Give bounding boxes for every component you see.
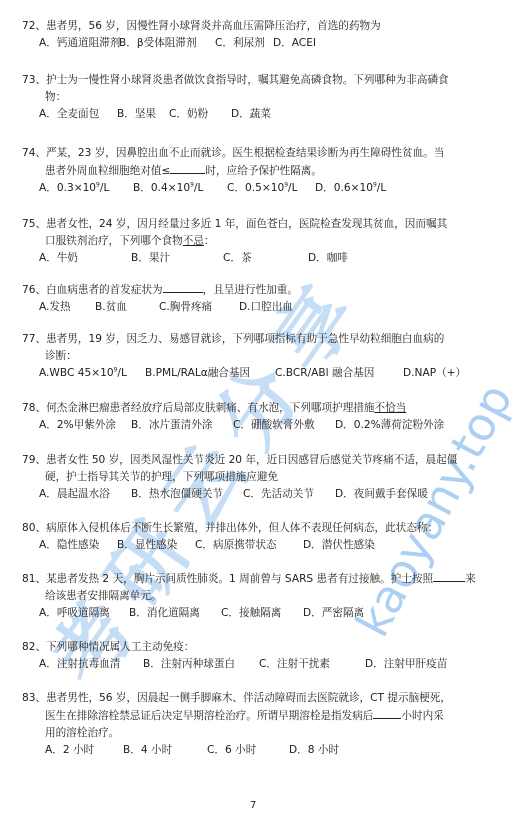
punctuation: ： [204,235,215,247]
options: A．2 小时B．4 小时C．6 小时D．8 小时 [22,742,492,759]
options: A.发热B.贫血C.胸骨疼痛D.口腔出血 [22,299,492,316]
question-stem-cont: 用的溶栓治疗。 [22,725,492,742]
option-d: D．咖啡 [308,250,348,267]
option-d: D．ACEI [273,35,316,52]
question-stem-cont: 硬，护士指导其关节的护理，下列哪项措施应避免 [22,469,492,486]
question-number: 82、 [22,641,46,653]
question-83: 83、患者男性，56 岁，因晨起一侧手脚麻木、伴活动障碍而去医院就诊，CT 提示… [22,690,492,759]
option-a: A．注射抗毒血清 [39,656,143,673]
option-d: D.NAP（+） [403,365,466,382]
question-number: 83、 [22,692,46,704]
underlined-keyword: 不忌 [183,235,204,247]
option-b: B．显性感染 [117,537,195,554]
question-77: 77、患者男，19 岁，因乏力、易感冒就诊，下列哪项指标有助于急性早幼粒细胞白血… [22,331,492,382]
question-stem: 患者女性，24 岁，因月经量过多近 1 年，面色苍白，医院检查发现其贫血，因而嘱… [46,218,447,230]
question-stem-cont: 小时内采 [401,710,443,722]
question-number: 73、 [22,74,46,86]
option-b: B．注射丙种球蛋白 [143,656,259,673]
option-a: A．隐性感染 [39,537,117,554]
question-stem: 患者男，56 岁，因慢性肾小球肾炎并高血压需降压治疗，首选的药物为 [46,20,381,32]
question-74: 74、严某，23 岁，因鼻腔出血不止而就诊。医生根据检查结果诊断为再生障碍性贫血… [22,145,492,197]
question-stem-cont: 时，应给予保护性隔离。 [205,165,322,177]
options: A．牛奶B．果汁C．茶D．咖啡 [22,250,492,267]
options: A．全麦面包B．坚果C．奶粉D．蔬菜 [22,106,492,123]
question-number: 81、 [22,573,46,585]
option-b: B．消化道隔离 [129,605,221,622]
question-80: 80、病原体入侵机体后不断生长繁殖，并排出体外，但人体不表现任何病态，此状态称：… [22,520,492,554]
fill-blank [373,707,401,719]
question-number: 76、 [22,284,46,296]
question-number: 79、 [22,454,46,466]
question-stem: 某患者发热 2 天，胸片示间质性肺炎。1 周前曾与 SARS 患者有过接触。护士… [46,573,433,585]
option-c: C．0.5×109/L [227,180,315,197]
question-stem: 来 [465,573,476,585]
options: A．晨起温水浴B．热水泡僵硬关节C．先活动关节D．夜间戴手套保暖 [22,486,492,503]
option-a: A.发热 [39,299,95,316]
question-stem-cont: 物： [22,89,492,106]
option-d: D．注射甲肝疫苗 [365,656,447,673]
question-79: 79、患者女性 50 岁，因类风湿性关节炎近 20 年，近日因感冒后感觉关节疼痛… [22,452,492,503]
option-c: C.胸骨疼痛 [159,299,239,316]
question-76: 76、白血病患者的首发症状为，且呈进行性加重。 A.发热B.贫血C.胸骨疼痛D.… [22,281,492,316]
option-d: D．0.2%薄荷淀粉外涂 [335,417,444,434]
option-a: A．钙通道阻滞剂 [39,35,119,52]
question-number: 80、 [22,522,46,534]
options: A．钙通道阻滞剂B．β受体阻滞剂C．利尿剂D．ACEI [22,35,492,52]
option-a: A．牛奶 [39,250,131,267]
question-stem: 何杰金淋巴瘤患者经放疗后局部皮肤刺痛、有水泡，下列哪项护理措施 [46,402,374,414]
options: A．2%甲紫外涂B．冰片蛋清外涂C．硼酸软膏外敷D．0.2%薄荷淀粉外涂 [22,417,492,434]
fill-blank [170,162,205,174]
options: A．0.3×109/LB．0.4×109/LC．0.5×109/LD．0.6×1… [22,180,492,197]
question-stem-cont: 口服铁剂治疗，下列哪个食物 [45,235,183,247]
question-stem: 护士为一慢性肾小球肾炎患者做饮食指导时，嘱其避免高磷食物。下列哪种为非高磷食 [46,74,449,86]
option-a: A．2%甲紫外涂 [39,417,131,434]
option-c: C．病原携带状态 [195,537,303,554]
question-stem: 严某，23 岁，因鼻腔出血不止而就诊。医生根据检查结果诊断为再生障碍性贫血。当 [46,147,444,159]
option-a: A．2 小时 [45,742,123,759]
option-b: B．β受体阻滞剂 [119,35,215,52]
option-a: A．全麦面包 [39,106,117,123]
question-81: 81、某患者发热 2 天，胸片示间质性肺炎。1 周前曾与 SARS 患者有过接触… [22,570,492,622]
question-stem: 患者女性 50 岁，因类风湿性关节炎近 20 年，近日因感冒后感觉关节疼痛不适，… [46,454,457,466]
option-c: C．奶粉 [169,106,231,123]
option-b: B．坚果 [117,106,169,123]
options: A．注射抗毒血清B．注射丙种球蛋白C．注射干扰素D．注射甲肝疫苗 [22,656,492,673]
question-stem-cont: 诊断： [22,348,492,365]
question-stem: ，且呈进行性加重。 [203,284,298,296]
option-c: C．先活动关节 [243,486,335,503]
option-c: C．茶 [223,250,308,267]
question-stem: 患者男性，56 岁，因晨起一侧手脚麻木、伴活动障碍而去医院就诊，CT 提示脑梗死… [46,692,451,704]
option-d: D．0.6×109/L [315,180,386,197]
fill-blank [433,570,465,582]
option-c: C．利尿剂 [215,35,273,52]
question-stem: 白血病患者的首发症状为 [46,284,163,296]
option-a: A．0.3×109/L [39,180,133,197]
page-number: 7 [250,800,256,811]
option-a: A.WBC 45×109/L [39,365,145,382]
question-73: 73、护士为一慢性肾小球肾炎患者做饮食指导时，嘱其避免高磷食物。下列哪种为非高磷… [22,72,492,123]
option-d: D．8 小时 [289,742,339,759]
question-stem-cont: 患者外周血粒细胞绝对值≤ [45,165,170,177]
option-b: B．热水泡僵硬关节 [131,486,243,503]
question-78: 78、何杰金淋巴瘤患者经放疗后局部皮肤刺痛、有水泡，下列哪项护理措施不恰当 A．… [22,400,492,434]
option-d: D．潜伏性感染 [303,537,375,554]
option-b: B．冰片蛋清外涂 [131,417,233,434]
option-b: B．果汁 [131,250,223,267]
option-b: B.PML/RALα融合基因 [145,365,275,382]
options: A．隐性感染B．显性感染C．病原携带状态D．潜伏性感染 [22,537,492,554]
option-d: D.口腔出血 [239,299,293,316]
option-a: A．晨起温水浴 [39,486,131,503]
question-number: 75、 [22,218,46,230]
question-stem-cont: 给该患者安排隔离单元。 [22,588,492,605]
underlined-keyword: 不恰当 [374,402,406,414]
option-c: C．6 小时 [207,742,289,759]
option-b: B.贫血 [95,299,159,316]
question-75: 75、患者女性，24 岁，因月经量过多近 1 年，面色苍白，医院检查发现其贫血，… [22,216,492,267]
option-c: C．注射干扰素 [259,656,365,673]
question-stem: 下列哪种情况属人工主动免疫： [46,641,194,653]
fill-blank [163,281,203,293]
question-number: 74、 [22,147,46,159]
option-c: C．接触隔离 [221,605,303,622]
options: A.WBC 45×109/LB.PML/RALα融合基因C.BCR/ABl 融合… [22,365,492,382]
exam-page: 考研云分享 kaoyany.top 72、患者男，56 岁，因慢性肾小球肾炎并高… [0,0,529,832]
question-72: 72、患者男，56 岁，因慢性肾小球肾炎并高血压需降压治疗，首选的药物为 A．钙… [22,18,492,52]
option-a: A．呼吸道隔离 [39,605,129,622]
options: A．呼吸道隔离B．消化道隔离C．接触隔离D．严密隔离 [22,605,492,622]
question-82: 82、下列哪种情况属人工主动免疫： A．注射抗毒血清B．注射丙种球蛋白C．注射干… [22,639,492,673]
question-number: 72、 [22,20,46,32]
question-number: 77、 [22,333,46,345]
option-d: D．严密隔离 [303,605,364,622]
question-stem: 患者男，19 岁，因乏力、易感冒就诊，下列哪项指标有助于急性早幼粒细胞白血病的 [46,333,444,345]
question-stem-cont: 医生在排除溶栓禁忌证后决定早期溶栓治疗。所谓早期溶栓是指发病后 [45,710,373,722]
option-c: C．硼酸软膏外敷 [233,417,335,434]
option-b: B．0.4×109/L [133,180,227,197]
option-c: C.BCR/ABl 融合基因 [275,365,403,382]
option-d: D．夜间戴手套保暖 [335,486,428,503]
question-stem: 病原体入侵机体后不断生长繁殖，并排出体外，但人体不表现任何病态，此状态称： [46,522,438,534]
option-b: B．4 小时 [123,742,207,759]
question-number: 78、 [22,402,46,414]
option-d: D．蔬菜 [231,106,271,123]
